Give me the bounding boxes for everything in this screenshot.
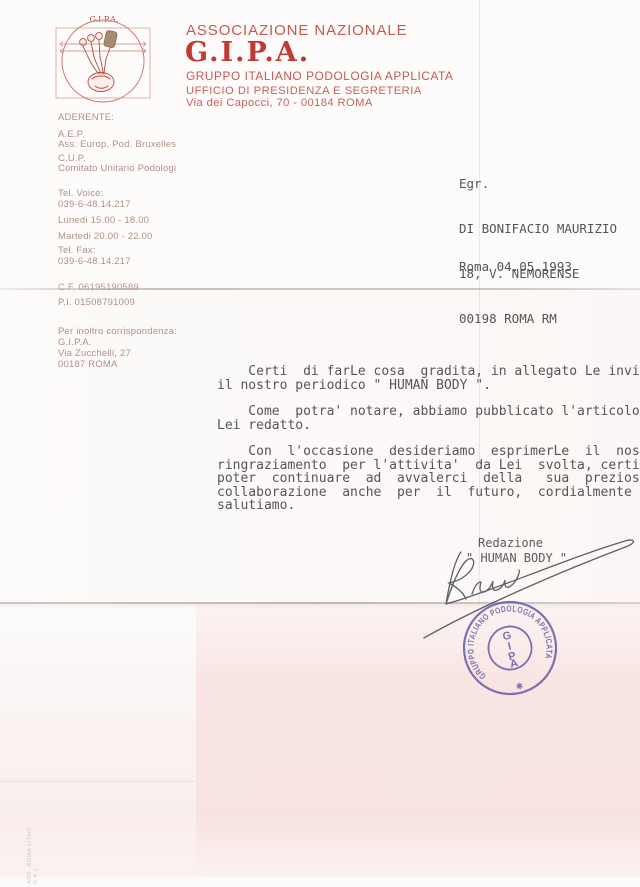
body-line: Certi di farLe cosa gradita, in allegato… [217, 365, 640, 379]
scanned-letter-page: G.I.P.A. ASSOCIAZIONE NAZIONALE G.I.P.A.… [0, 0, 640, 887]
body-paragraph: Con l'occasione desideriamo esprimerLe i… [217, 445, 640, 513]
correspondence-line: Via Zucchelli, 27 [58, 348, 177, 359]
body-line: poter continuare ad avvalerci della sua … [217, 472, 640, 486]
body-line: collaborazione anche per il futuro, cord… [217, 486, 640, 500]
stamp-artwork: GRUPPO ITALIANO PODOLOGIA APPLICATA ✱ G … [454, 592, 566, 704]
body-line: ringraziamento per l'attivita' da Lei sv… [217, 459, 640, 473]
aderente-line: Ass. Europ. Pod. Bruxelles [58, 140, 176, 151]
gipa-acronym: G.I.P.A. [185, 37, 310, 68]
tel-fax-number: 039-6-48.14.217 [58, 257, 153, 268]
recipient-line: 00198 ROMA RM [459, 311, 617, 326]
printer-credit: ARS. ROMA LITHO S.R.L. [27, 806, 39, 884]
sidebar-aderente-section: ADERENTE: A.E.P. Ass. Europ. Pod. Bruxel… [58, 113, 176, 175]
stamp-center-letters: G I P A [501, 629, 519, 670]
logo-arrow-lines [60, 42, 146, 54]
sidebar-fiscal-section: C.F. 06195190589 P.I. 01508791009 [58, 283, 139, 308]
partita-iva: P.I. 01508791009 [58, 298, 139, 309]
recipient-line: DI BONIFACIO MAURIZIO [459, 221, 617, 236]
letter-body: Certi di farLe cosa gradita, in allegato… [217, 365, 640, 517]
correspondence-line: 00187 ROMA [58, 359, 177, 370]
body-line: il nostro periodico " HUMAN BODY ". [217, 379, 640, 393]
codice-fiscale: C.F. 06195190589 [58, 283, 139, 294]
recipient-address: Egr. DI BONIFACIO MAURIZIO 18, V. NEMORE… [459, 146, 617, 356]
aderente-line: Comitato Unitario Podologi [58, 164, 176, 175]
aderente-heading: ADERENTE: [58, 113, 176, 124]
office-line: UFFICIO DI PRESIDENZA E SEGRETERIA [186, 85, 422, 97]
hours-line: Lunedi 15.00 - 18.00 [58, 216, 153, 227]
redazione-label: Redazione [478, 536, 543, 550]
correspondence-heading: Per inoltro corrispondenza: [58, 326, 177, 337]
sidebar-correspondence-section: Per inoltro corrispondenza: G.I.P.A. Via… [58, 326, 177, 370]
office-address: Via dei Capocci, 70 - 00184 ROMA [186, 97, 373, 109]
recipient-line: Egr. [459, 176, 617, 191]
body-line: Come potra' notare, abbiamo pubblicato l… [217, 405, 640, 419]
body-line: Con l'occasione desideriamo esprimerLe i… [217, 445, 640, 459]
tel-fax-label: Tel. Fax: [58, 246, 153, 257]
vitruvian-foot-logo: G.I.P.A. [48, 13, 156, 105]
gipa-full-name: GRUPPO ITALIANO PODOLOGIA APPLICATA [186, 69, 454, 83]
body-paragraph: Certi di farLe cosa gradita, in allegato… [217, 365, 640, 392]
fold-crease-bottom-left [0, 781, 196, 782]
paper-bottom-edge [0, 877, 640, 887]
sidebar-contacts-section: Tel. Voice: 039-6-48.14.217 Lunedi 15.00… [58, 189, 153, 267]
stamp-star-icon: ✱ [515, 681, 525, 693]
tel-voice-number: 039-6-48.14.217 [58, 200, 153, 211]
gipa-stamp: GRUPPO ITALIANO PODOLOGIA APPLICATA ✱ G … [450, 588, 570, 708]
foot-skeleton-drawing [80, 30, 118, 91]
body-line: salutiamo. [217, 499, 640, 513]
body-line: Lei redatto. [217, 419, 640, 433]
date-line: Roma 04.05.1993 [459, 259, 572, 274]
tel-voice-label: Tel. Voice: [58, 189, 153, 200]
hours-line: Martedi 20.00 - 22.00 [58, 232, 153, 243]
human-body-label: " HUMAN BODY " [466, 551, 567, 565]
stamp-letter: A [509, 657, 520, 671]
correspondence-line: G.I.P.A. [58, 337, 177, 348]
logo-gipa-label: G.I.P.A. [90, 15, 119, 24]
body-paragraph: Come potra' notare, abbiamo pubblicato l… [217, 405, 640, 432]
